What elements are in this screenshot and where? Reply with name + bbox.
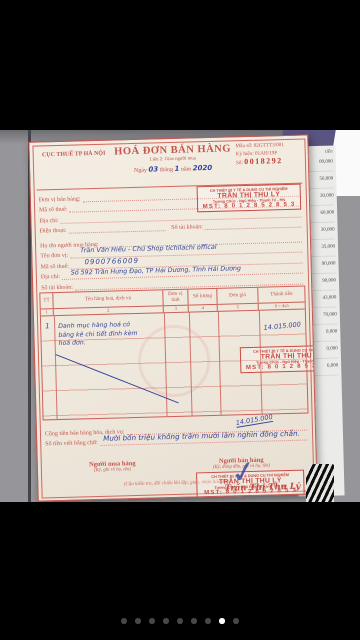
buyer-account-label: Số tài khoản: — [41, 284, 73, 291]
date-prefix: Ngày — [134, 168, 147, 174]
index-cell: 6 = 4x5 — [259, 303, 305, 310]
invoice-header: CỤC THUẾ TP HÀ NỘI HOÁ ĐƠN BÁN HÀNG Liên… — [38, 142, 301, 177]
items-table: TT Tên hàng hoá, dịch vụ Đơn vị tính Số … — [39, 286, 308, 421]
buyer-signature-block: Người mua hàng (Ký, ghi rõ họ, tên) — [48, 459, 177, 474]
col-header-tt: TT — [40, 293, 53, 308]
month-label: tháng — [160, 167, 173, 173]
row1-amount-handwritten: 14.015.000 — [257, 320, 308, 333]
index-cell: 1 — [41, 309, 54, 315]
faint-stamp-circle — [137, 324, 211, 398]
col-header-unit: Đơn vị tính — [163, 290, 188, 306]
table-body: 1 Danh mục hàng hoá có bảng kê chi tiết … — [41, 310, 308, 420]
seller-phone-label: Điện thoại: — [40, 228, 67, 235]
date-month-handwritten: 1 — [174, 165, 179, 173]
buyer-section: Họ tên người mua hàng: Tên đơn vị: Mã số… — [40, 232, 303, 291]
index-cell: 4 — [189, 305, 218, 312]
carousel-dot-4[interactable] — [163, 618, 169, 624]
row1-item-handwritten: Danh mục hàng hoá có bảng kê chi tiết đí… — [58, 321, 147, 349]
year-label: năm — [181, 166, 191, 172]
invoice-date-line: Ngày 03 tháng 1 năm 2020 — [110, 163, 236, 174]
invoice-photo[interactable]: tiền 00,000 50,000 30,000 60,000 30,000 … — [0, 130, 360, 502]
blank-line — [205, 217, 302, 230]
col-header-quantity: Số lượng — [188, 289, 217, 305]
seller-address-label: Địa chỉ: — [39, 217, 58, 223]
stamp-tax-id: MST: 8 0 1 2 8 5 2 8 5 3 — [243, 362, 317, 371]
carousel-dot-1[interactable] — [121, 618, 127, 624]
col-header-price: Đơn giá — [217, 288, 258, 304]
tax-office-name: CỤC THUẾ TP HÀ NỘI — [38, 147, 111, 177]
amount-in-words-label: Số tiền viết bằng chữ: — [45, 440, 98, 447]
seller-stamp-header: CH THIẾT BỊ Y TẾ & DỤNG CỤ THÍ NGHIỆM TR… — [197, 184, 302, 213]
carousel-dot-2[interactable] — [135, 618, 141, 624]
index-cell: 3 — [164, 306, 189, 313]
invoice-number-label: Số: — [236, 160, 243, 166]
carousel-dots — [0, 618, 360, 624]
date-day-handwritten: 03 — [148, 165, 158, 173]
carousel-dot-6[interactable] — [191, 618, 197, 624]
blank-line — [68, 221, 165, 234]
totals-section: Cộng tiền bán hàng hóa, dịch vụ: Số tiền… — [45, 420, 307, 448]
seller-stamp-partial: CH THIẾT BỊ Y TẾ & DỤNG CỤ THÍ NGHIỆM TR… — [240, 345, 318, 374]
index-cell: 5 — [218, 304, 259, 311]
photo-viewer-screen: tiền 00,000 50,000 30,000 60,000 30,000 … — [0, 0, 360, 640]
invoice-paper: CỤC THUẾ TP HÀ NỘI HOÁ ĐƠN BÁN HÀNG Liên… — [28, 134, 317, 501]
zebra-pattern-object — [306, 464, 334, 502]
col-header-amount: Thành tiền — [258, 287, 304, 303]
buyer-tax-handwritten: 0900766009 — [84, 257, 139, 266]
carousel-dot-7[interactable] — [205, 618, 211, 624]
carousel-dot-8-active[interactable] — [219, 618, 225, 624]
buyer-unit-label: Tên đơn vị: — [40, 253, 68, 260]
carousel-dot-9[interactable] — [233, 618, 239, 624]
buyer-address-label: Địa chỉ: — [41, 274, 60, 280]
carousel-dot-5[interactable] — [177, 618, 183, 624]
column-line — [218, 312, 222, 415]
row1-tt-handwritten: 1 — [45, 322, 50, 330]
invoice-number: 0018292 — [244, 156, 283, 166]
col-header-item: Tên hàng hoá, dịch vụ — [53, 290, 163, 308]
seller-account-label: Số tài khoản: — [171, 224, 203, 231]
column-line — [54, 316, 58, 419]
date-year-handwritten: 2020 — [193, 164, 213, 173]
invoice-number-line: Số: 0018292 — [236, 157, 300, 168]
carousel-dot-3[interactable] — [149, 618, 155, 624]
seller-signature-handwritten: Trần Thị Thu Lý — [225, 482, 301, 494]
